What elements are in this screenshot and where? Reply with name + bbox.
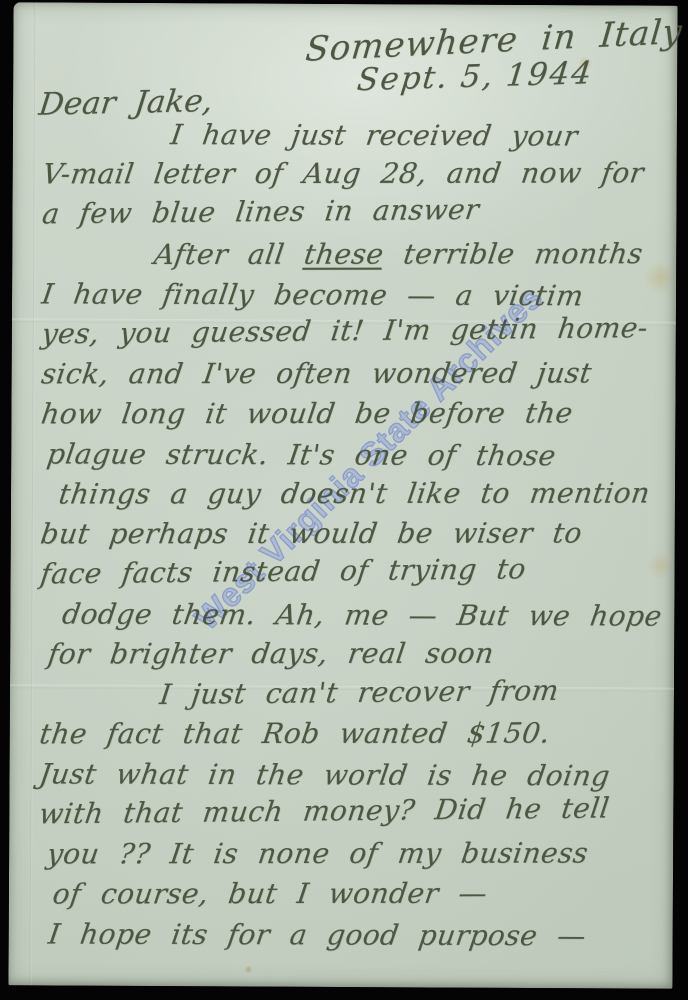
letter-text: face facts instead of trying to [39, 552, 529, 590]
letter-text: I just can't recover from [158, 674, 561, 711]
letter-text: for brighter days, real soon [46, 637, 496, 671]
letter-text: a few blue lines in answer [40, 193, 481, 231]
letter-line: you ?? It is none of my business [44, 833, 656, 874]
letter-text: I have just received your [169, 118, 581, 152]
letter-text: with that much money? Did he tell [37, 791, 611, 830]
letter-text: Just what in the world is he doing [37, 757, 612, 792]
letter-text: sick, and I've often wondered just [39, 356, 594, 390]
letter-text: how long it would be before the [39, 396, 575, 430]
letter-line: a few blue lines in answer [40, 188, 659, 234]
letter-line: with that much money? Did he tell [37, 788, 656, 834]
letter-text: of course, but I wonder — [51, 877, 490, 911]
letter-line: how long it would be before the [39, 393, 659, 434]
letter-text: I have finally become — a victim [40, 277, 586, 312]
letter-line: dodge them. Ah, me — But we hope [59, 595, 657, 637]
letter-line: I have just received your [168, 115, 660, 157]
letter-line: things a guy doesn't like to mention [56, 473, 658, 514]
letter-body: I have just received yourV-mail letter o… [39, 114, 657, 957]
letter-text: After all [152, 238, 307, 271]
letter-line: the fact that Rob wanted $150. [37, 713, 657, 754]
letter-text: you ?? It is none of my business [45, 837, 590, 871]
letter-text: but perhaps it would be wiser to [39, 516, 585, 550]
letter-text: V-mail letter of Aug 28, and now for [40, 156, 646, 190]
letter-line: I hope its for a good purpose — [46, 914, 656, 956]
letter-text: dodge them. Ah, me — But we hope [60, 598, 664, 633]
letter-text-underlined: these [302, 238, 386, 271]
letter-line: yes, you guessed it! I'm gettin home- [39, 308, 658, 354]
letter-line: sick, and I've often wondered just [39, 353, 659, 394]
letter-text: things a guy doesn't like to mention [57, 476, 652, 510]
letter-line: face facts instead of trying to [38, 548, 657, 594]
letter-text: terrible months [381, 237, 645, 270]
letter-line: plague struck. It's one of those [44, 434, 658, 476]
letter-line: of course, but I wonder — [50, 873, 656, 914]
letter-line: After all these terrible months [151, 234, 659, 275]
letter-text: yes, you guessed it! I'm gettin home- [40, 311, 650, 350]
letter-date: Sept. 5, 1944 [355, 55, 595, 98]
letter-text: I hope its for a good purpose — [46, 917, 588, 952]
letter-text: plague struck. It's one of those [45, 437, 558, 472]
letter-line: I just can't recover from [157, 670, 656, 715]
letter-page: West Virginia State Archives Somewhere i… [8, 2, 677, 988]
letter-text: the fact that Rob wanted $150. [38, 717, 553, 751]
scan-background: West Virginia State Archives Somewhere i… [0, 0, 688, 1000]
paper-edge-shadow [29, 2, 36, 985]
letter-line: for brighter days, real soon [45, 633, 657, 674]
